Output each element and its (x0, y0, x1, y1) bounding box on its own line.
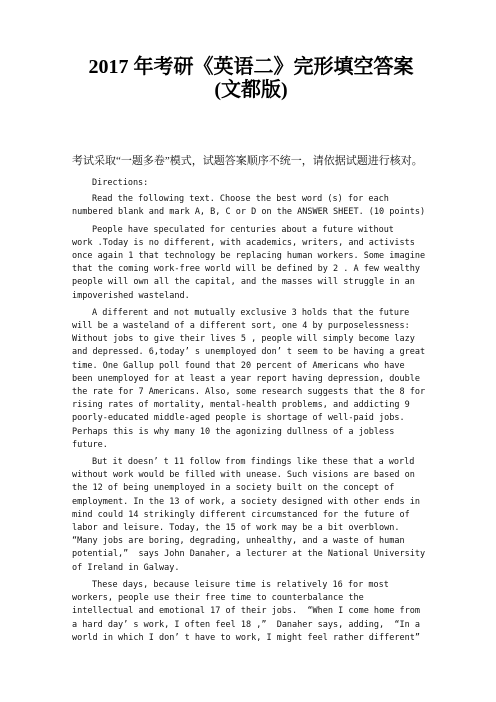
paragraph-future-without-work: People have speculated for centuries abo… (72, 224, 430, 303)
paragraph-purposelessness: A different and not mutually exclusive 3… (72, 307, 430, 452)
paragraph-doesnt-follow: But it doesn’ t 11 follow from findings … (72, 456, 430, 575)
document-body: Directions: Read the following text. Cho… (72, 177, 430, 645)
paragraph-these-days: These days, because leisure time is rela… (72, 579, 430, 645)
document-page: 2017 年考研《英语二》完形填空答案 (文都版) 考试采取“一题多卷”模式，试… (0, 0, 496, 702)
document-title: 2017 年考研《英语二》完形填空答案 (文都版) (72, 56, 430, 102)
directions-label: Directions: (72, 177, 430, 190)
directions-paragraph: Read the following text. Choose the best… (72, 193, 430, 219)
title-line-1: 2017 年考研《英语二》完形填空答案 (72, 56, 430, 79)
exam-notice-text: 考试采取“一题多卷”模式，试题答案顺序不统一，请依据试题进行核对。 (72, 154, 430, 168)
title-line-2: (文都版) (72, 79, 430, 102)
